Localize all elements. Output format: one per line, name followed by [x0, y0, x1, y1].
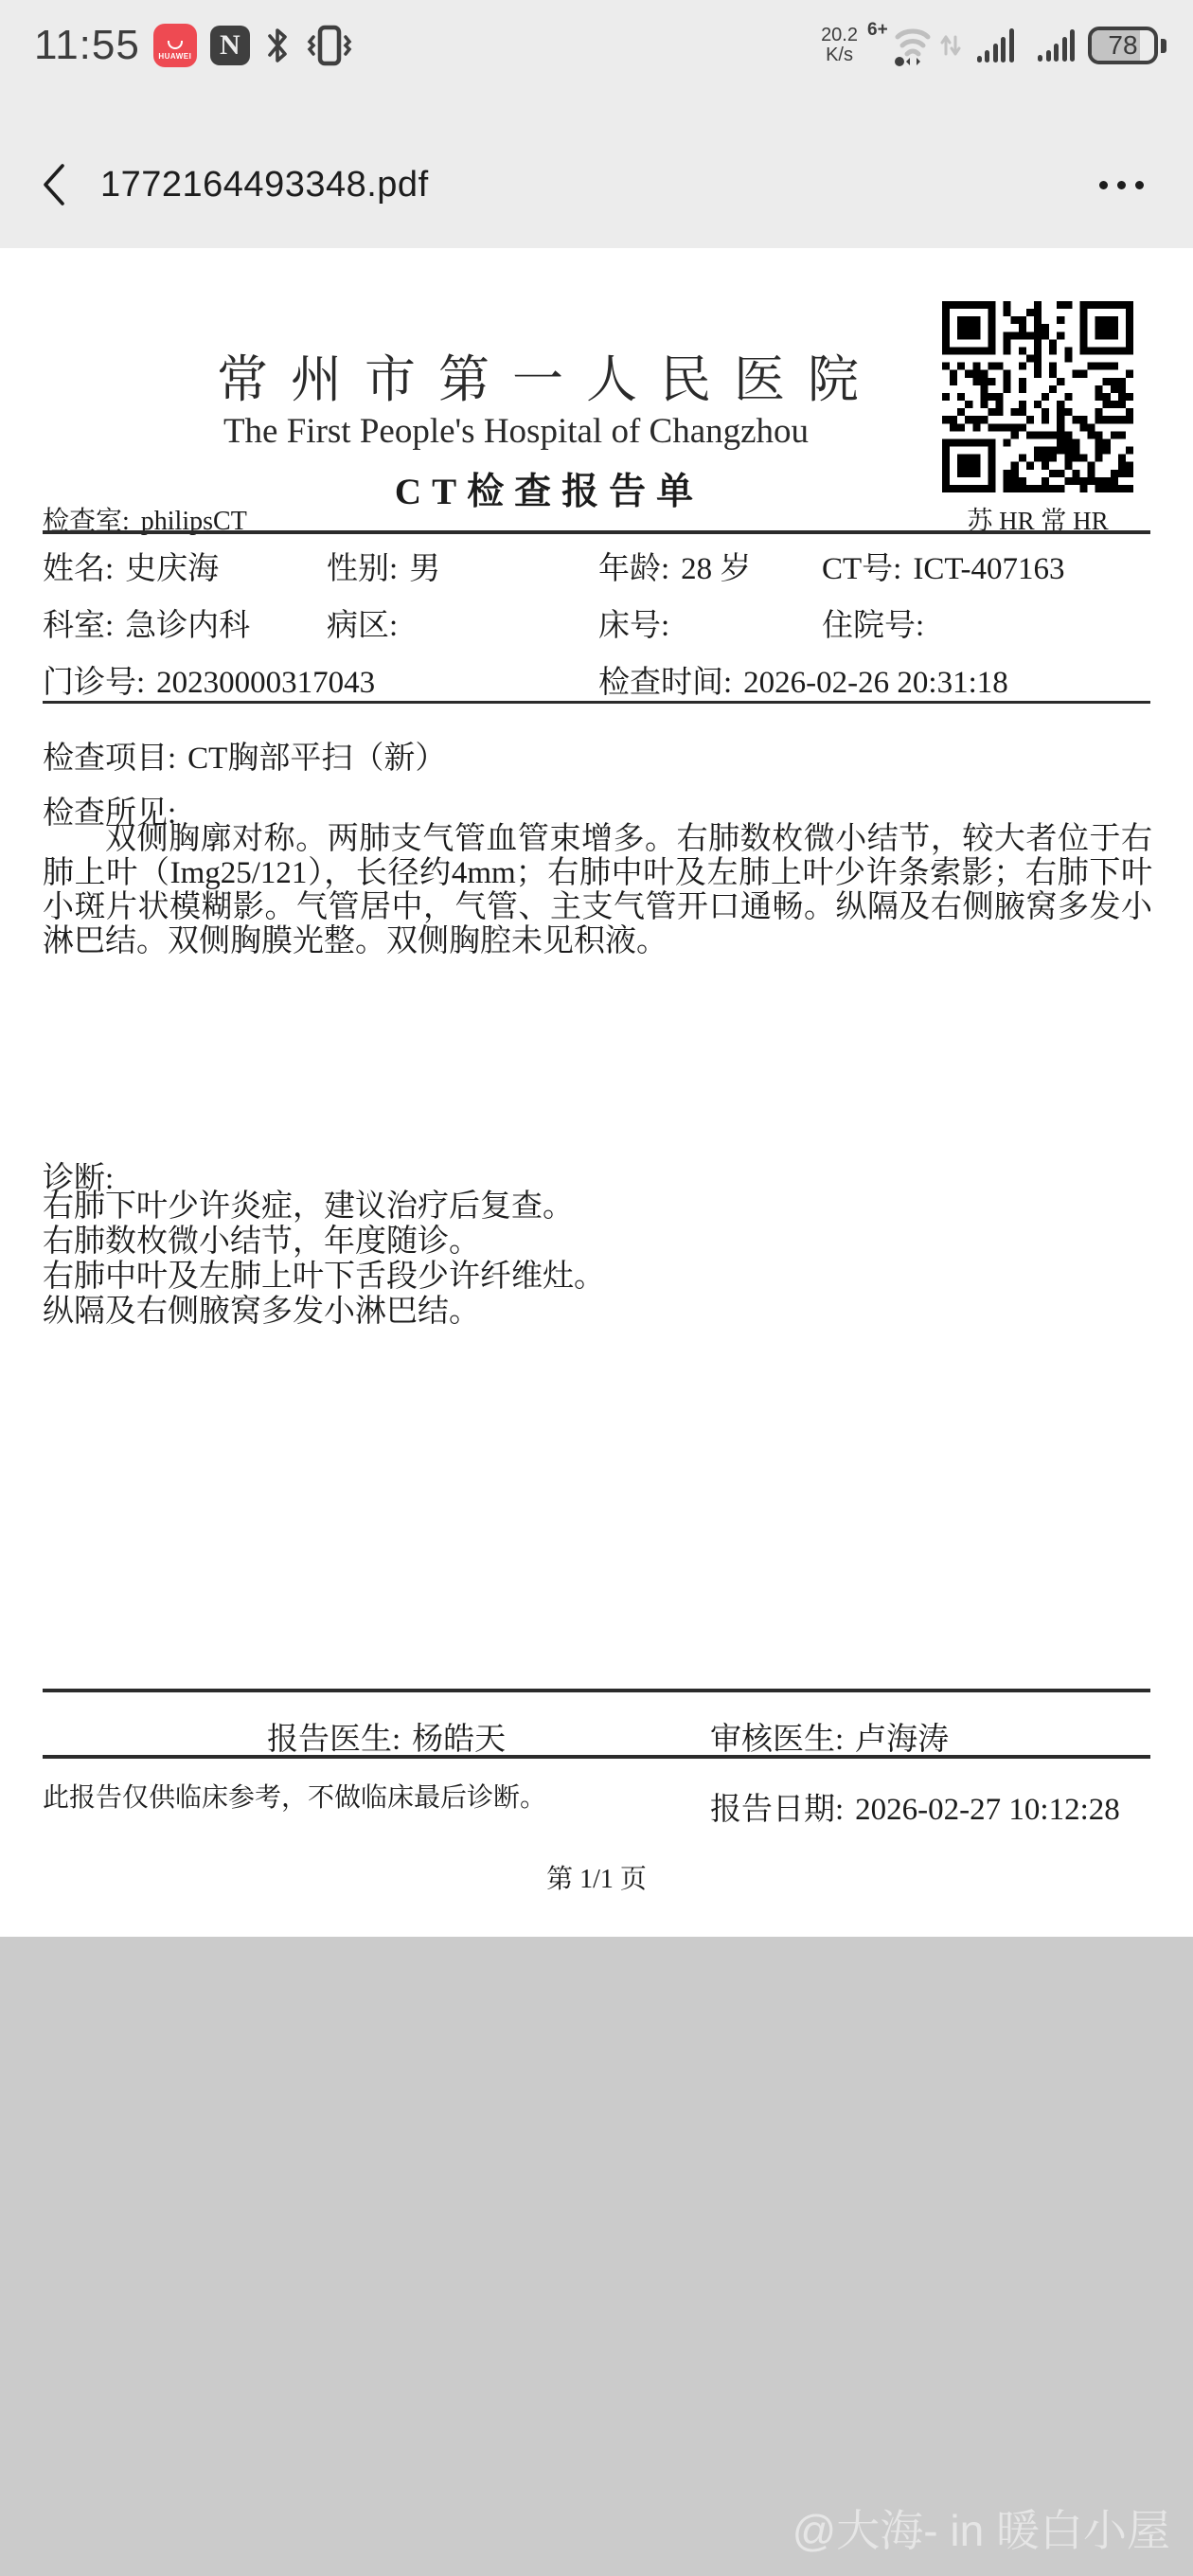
- more-options-button[interactable]: [1090, 181, 1144, 189]
- network-speed: 20.2 K/s: [821, 26, 858, 65]
- vibrate-icon: [305, 24, 354, 67]
- battery-percent: 78: [1108, 30, 1137, 61]
- document-filename: 1772164493348.pdf: [100, 165, 429, 206]
- patient-ward: 病区:: [327, 600, 409, 645]
- report-doctor: 报告医生:杨皓天: [267, 1714, 506, 1759]
- hospital-name-cn: 常州市第一人民医院: [123, 339, 975, 412]
- network-speed-value: 20.2: [821, 25, 858, 45]
- diagnosis-line: 右肺中叶及左肺上叶下舌段少许纤维灶。: [43, 1260, 605, 1295]
- clock: 11:55: [34, 22, 140, 69]
- patient-name: 姓名:史庆海: [43, 544, 219, 588]
- exam-item: 检查项目:CT胸部平扫（新）: [43, 733, 446, 778]
- dot-icon: [1099, 181, 1108, 189]
- patient-bed-no: 床号:: [598, 600, 681, 645]
- divider-line: [43, 1755, 1150, 1759]
- hospital-name-en: The First People's Hospital of Changzhou: [57, 411, 975, 452]
- diagnosis-line: 纵隔及右侧腋窝多发小淋巴结。: [43, 1295, 605, 1330]
- exam-time: 检查时间:2026-02-26 20:31:18: [598, 657, 1008, 702]
- page-indicator: 第 1/1 页: [0, 1858, 1193, 1896]
- appgallery-bag-handle: [168, 41, 183, 49]
- network-speed-unit: K/s: [826, 45, 853, 65]
- diagnosis-line: 右肺下叶少许炎症，建议治疗后复查。: [43, 1190, 605, 1225]
- patient-age: 年龄:28 岁: [598, 544, 751, 588]
- pdf-page[interactable]: 常州市第一人民医院 The First People's Hospital of…: [0, 248, 1193, 1937]
- huawei-appgallery-icon: HUAWEI: [153, 24, 197, 67]
- battery-nub: [1161, 39, 1166, 53]
- findings-body: 双侧胸廓对称。两肺支气管血管束增多。右肺数枚微小结节，较大者位于右肺上叶（Img…: [43, 822, 1152, 958]
- report-title: CT检查报告单: [123, 462, 975, 515]
- patient-outpatient-no: 门诊号:20230000317043: [43, 657, 375, 702]
- review-doctor: 审核医生:卢海涛: [710, 1714, 949, 1759]
- patient-gender: 性别:男: [327, 544, 440, 588]
- watermark: @大海- in 暖白小屋: [792, 2496, 1170, 2559]
- back-button[interactable]: [38, 158, 80, 211]
- disclaimer: 此报告仅供临床参考，不做临床最后诊断。: [43, 1777, 546, 1815]
- bluetooth-icon: [263, 24, 292, 67]
- exam-item-value: CT胸部平扫（新）: [187, 742, 446, 776]
- diagnosis-list: 右肺下叶少许炎症，建议治疗后复查。 右肺数枚微小结节，年度随诊。 右肺中叶及左肺…: [43, 1190, 605, 1330]
- patient-department: 科室:急诊内科: [43, 600, 250, 645]
- pdf-viewer-toolbar: 1772164493348.pdf: [0, 142, 1193, 227]
- diagnosis-line: 右肺数枚微小结节，年度随诊。: [43, 1225, 605, 1260]
- divider-line: [43, 701, 1150, 704]
- battery-indicator: 78: [1088, 27, 1158, 64]
- nfc-icon: N: [210, 26, 250, 65]
- pdf-background-area: @大海- in 暖白小屋: [0, 1937, 1193, 2576]
- report-date: 报告日期:2026-02-27 10:12:28: [710, 1784, 1120, 1829]
- mobile-data-arrows-icon: [939, 29, 962, 62]
- dot-icon: [1135, 181, 1144, 189]
- exam-item-label: 检查项目:: [43, 742, 176, 776]
- signal-bars-sim1: [973, 28, 1014, 63]
- top-bar: 11:55 HUAWEI N 20.2 K/s 6+: [0, 0, 1193, 248]
- dot-icon: [1117, 181, 1126, 189]
- patient-ct-no: CT号:ICT-407163: [822, 544, 1064, 588]
- patient-admission-no: 住院号:: [822, 600, 935, 645]
- divider-line: [43, 530, 1150, 534]
- wifi-icon: 6+: [867, 22, 930, 69]
- qr-code: [942, 301, 1133, 492]
- status-bar: 11:55 HUAWEI N 20.2 K/s 6+: [34, 21, 1166, 70]
- signal-bars-sim2: [1035, 29, 1076, 62]
- divider-line: [43, 1689, 1150, 1692]
